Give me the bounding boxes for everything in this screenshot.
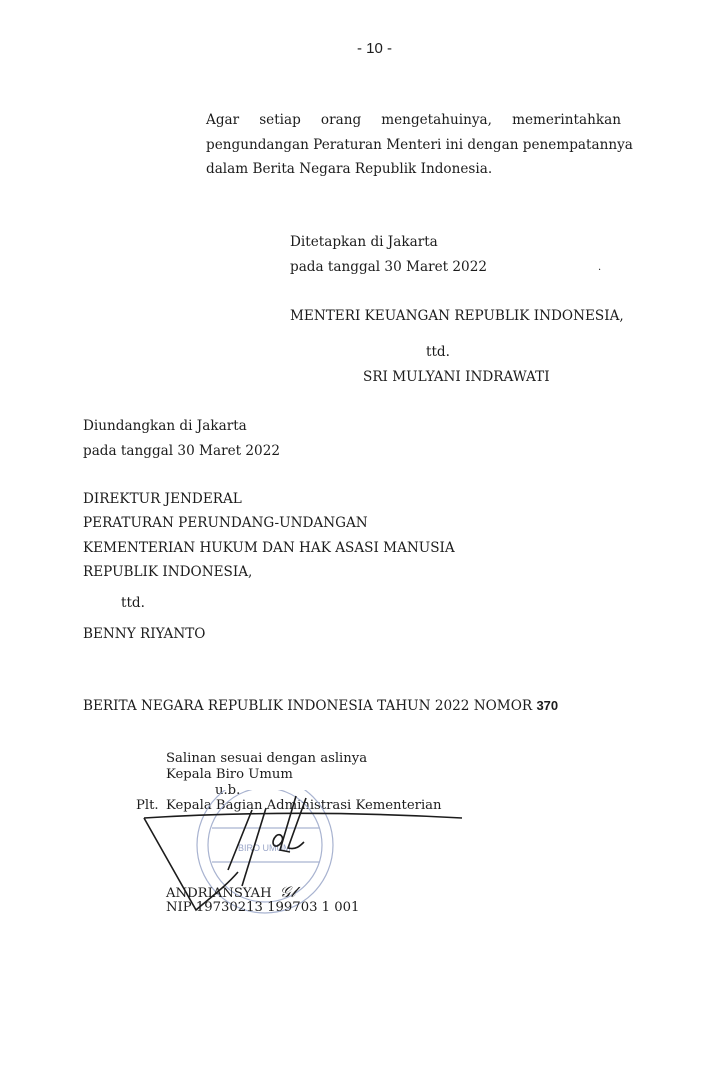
promulgation-place: Diundangkan di Jakarta — [83, 414, 247, 439]
promulgation-date: pada tanggal 30 Maret 2022 — [83, 439, 280, 464]
promulgation-signed: ttd. — [121, 591, 145, 616]
cert-line-2: Kepala Biro Umum — [166, 767, 293, 783]
stamp-text: BIRO UMUM — [238, 843, 291, 853]
word: mengetahuinya, — [381, 108, 492, 133]
cert-line-1: Salinan sesuai dengan aslinya — [166, 751, 367, 767]
initials-icon: 𝒢𝓁 — [280, 883, 296, 901]
enactment-place: Ditetapkan di Jakarta — [290, 230, 438, 255]
word: memerintahkan — [512, 108, 621, 133]
paragraph-line-2: pengundangan Peraturan Menteri ini denga… — [206, 133, 621, 158]
promulgation-title-4: REPUBLIK INDONESIA, — [83, 560, 252, 585]
gazette-text: BERITA NEGARA REPUBLIK INDONESIA TAHUN 2… — [83, 698, 532, 714]
word: Agar — [206, 108, 239, 133]
word: setiap — [259, 108, 301, 133]
promulgation-title-1: DIREKTUR JENDERAL — [83, 487, 242, 512]
promulgation-title-3: KEMENTERIAN HUKUM DAN HAK ASASI MANUSIA — [83, 536, 455, 561]
cert-nip: NIP 19730213 199703 1 001 — [166, 900, 359, 916]
enactment-name: SRI MULYANI INDRAWATI — [363, 365, 550, 390]
closing-paragraph: Agar setiap orang mengetahuinya, memerin… — [206, 108, 621, 182]
paragraph-line-1: Agar setiap orang mengetahuinya, memerin… — [206, 108, 621, 133]
paragraph-line-3: dalam Berita Negara Republik Indonesia. — [206, 157, 621, 182]
enactment-date: pada tanggal 30 Maret 2022 — [290, 255, 487, 280]
signer-name: ANDRIANSYAH — [166, 886, 272, 901]
promulgation-name: BENNY RIYANTO — [83, 622, 205, 647]
word: orang — [321, 108, 361, 133]
page-number: - 10 - — [357, 40, 392, 57]
enactment-title: MENTERI KEUANGAN REPUBLIK INDONESIA, — [290, 304, 624, 329]
gazette-line: BERITA NEGARA REPUBLIK INDONESIA TAHUN 2… — [83, 694, 558, 719]
promulgation-title-2: PERATURAN PERUNDANG-UNDANGAN — [83, 511, 368, 536]
enactment-signed: ttd. — [426, 340, 450, 365]
gazette-number: 370 — [536, 698, 558, 713]
speck: . — [598, 262, 601, 273]
